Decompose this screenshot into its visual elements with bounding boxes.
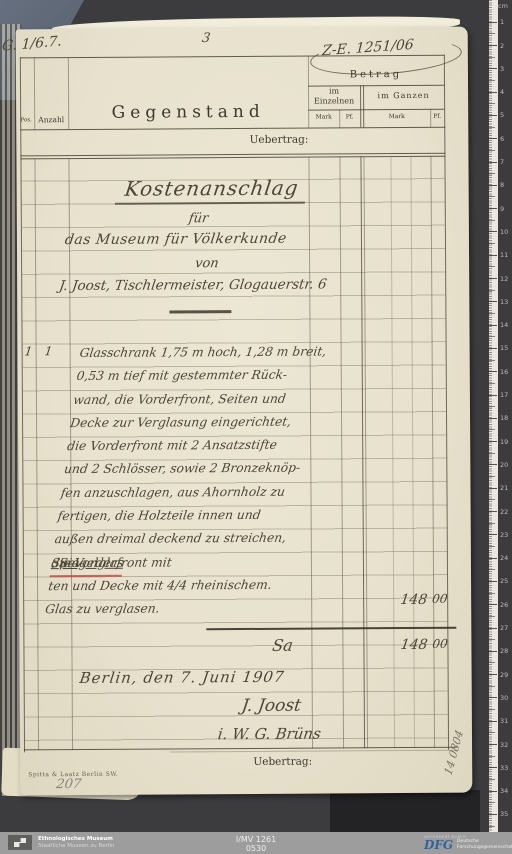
ruler-cm-tick [489, 208, 497, 209]
ruler-cm-tick [489, 325, 497, 326]
pencil-number: 207 [55, 777, 82, 792]
subheader-divider [308, 109, 444, 111]
signature-2: i. W. G. Brüns [217, 725, 322, 744]
ruler-cm-tick [489, 488, 497, 489]
sum-pf: 00 [431, 637, 449, 651]
item-description: Glasschrank 1,75 m hoch, 1,28 m breit,0,… [44, 340, 334, 621]
sum-label: Sa [271, 636, 294, 655]
sum-mark: 148 [366, 637, 428, 653]
ruler-number: 29 [500, 671, 508, 679]
ruler-number: 18 [500, 414, 508, 422]
ruler-number: 20 [500, 461, 508, 469]
column-header-im-ganzen: im Ganzen [363, 91, 444, 100]
column-header-anzahl: Anzahl [34, 115, 68, 124]
ruler-half-tick [489, 173, 495, 174]
ruler-number: 24 [500, 554, 508, 562]
ruler-number: 26 [500, 601, 508, 609]
ruler-number: 3 [500, 65, 504, 73]
body-line: fen anzuschlagen, aus Ahornholz zu [59, 480, 314, 505]
dfg-name-line2: Forschungsgemeinschaft [457, 845, 512, 850]
heading-fuer: für [188, 211, 209, 226]
ruler-cm-tick [489, 721, 497, 722]
ruler-cm-tick [489, 395, 497, 396]
heading-flourish-line [169, 310, 231, 313]
ruler-number: 7 [500, 158, 504, 166]
uebertrag-bottom-label: Uebertrag: [200, 756, 312, 769]
ruler-half-tick [489, 290, 495, 291]
ruler-cm-tick [489, 604, 497, 605]
column-header-mark-einzelnen: Mark [308, 113, 339, 120]
ruler-number: 28 [500, 647, 508, 655]
body-line: Glas zu verglasen. [44, 597, 299, 622]
column-header-pf-ganzen: Pf. [430, 113, 444, 120]
ruler-cm-tick [489, 744, 497, 745]
body-line: fertigen, die Holzteile innen und [56, 504, 311, 529]
ruler-cm-tick [489, 767, 497, 768]
ruler-number: 8 [500, 181, 504, 189]
ruler-half-tick [489, 662, 495, 663]
ruler-half-tick [489, 266, 495, 267]
ruler-cm-tick [489, 534, 497, 535]
header-bottom-border [20, 127, 445, 131]
ruler-cm-tick [489, 814, 497, 815]
ruler-number: 10 [500, 228, 508, 236]
ruler-number: 16 [500, 368, 508, 376]
ruler-half-tick [489, 103, 495, 104]
body-line: Glasschrank 1,75 m hoch, 1,28 m breit, [78, 340, 333, 365]
ruler-cm-tick [489, 68, 497, 69]
ruler-cm-tick [489, 674, 497, 675]
ruler-cm-tick [489, 92, 497, 93]
ruler-half-tick [489, 476, 495, 477]
ruler-cm-tick [489, 255, 497, 256]
ruler-number: 12 [500, 275, 508, 283]
ruler-number: 13 [500, 298, 508, 306]
ruler-number: 9 [500, 205, 504, 213]
ruler-number: 35 [500, 810, 508, 818]
ruler-number: 17 [500, 391, 508, 399]
date-line: Berlin, den 7. Juni 1907 [78, 668, 285, 687]
heading-von: von [194, 256, 220, 271]
column-header-pf-einzelnen: Pf. [339, 113, 360, 120]
cm-ruler [489, 0, 498, 832]
ruler-number: 32 [500, 741, 508, 749]
amount-mark: 148 [366, 592, 428, 608]
bottom-rule-2 [170, 750, 457, 753]
ruler-cm-tick [489, 558, 497, 559]
ruler-number: 33 [500, 764, 508, 772]
scanned-document-view: Pos. Anzahl Gegenstand Betrag im Einzeln… [0, 0, 512, 854]
ruler-number: 15 [500, 344, 508, 352]
ruler-number: 23 [500, 531, 508, 539]
heading-recipient: das Museum für Völkerkunde [64, 231, 288, 248]
ruler-half-tick [489, 779, 495, 780]
signature-1: J. Joost [240, 696, 302, 716]
ruler-half-tick [489, 616, 495, 617]
ruler-number: 25 [500, 577, 508, 585]
page-shadow [330, 790, 480, 832]
ruler-cm-tick [489, 581, 497, 582]
ruler-cm-tick [489, 115, 497, 116]
ruler-half-tick [489, 546, 495, 547]
document-page: Pos. Anzahl Gegenstand Betrag im Einzeln… [16, 27, 473, 796]
ruler-half-tick [489, 33, 495, 34]
ruler-cm-tick [489, 22, 497, 23]
ruler-cm-tick [489, 301, 497, 302]
ruler-number: 2 [500, 42, 504, 50]
ruler-cm-tick [489, 418, 497, 419]
ruler-cm-tick [489, 791, 497, 792]
ruler-number: 34 [500, 787, 508, 795]
ruler-cm-tick [489, 464, 497, 465]
ruler-half-tick [489, 383, 495, 384]
ruler-half-tick [489, 523, 495, 524]
ruler-half-tick [489, 313, 495, 314]
ruler-cm-tick [489, 628, 497, 629]
ruler-cm-tick [489, 138, 497, 139]
ruler-half-tick [489, 220, 495, 221]
ruler-half-tick [489, 127, 495, 128]
body-lines-a: Glasschrank 1,75 m hoch, 1,28 m breit,0,… [53, 340, 333, 551]
amount-pf: 00 [431, 592, 449, 606]
ruler-cm-tick [489, 697, 497, 698]
ruler-half-tick [489, 453, 495, 454]
body-line: ten und Decke mit 4/4 rheinischem. [47, 574, 302, 599]
ruler-half-tick [489, 826, 495, 827]
ruler-number: 21 [500, 484, 508, 492]
ruler-half-tick [489, 360, 495, 361]
ruler-half-tick [489, 593, 495, 594]
line-post: , Sei- [50, 552, 85, 576]
column-header-pos: Pos. [18, 117, 34, 123]
ruler-half-tick [489, 756, 495, 757]
ruler-half-tick [489, 429, 495, 430]
ruler-number: 6 [500, 135, 504, 143]
ruler-cm-tick [489, 231, 497, 232]
ruler-cm-tick [489, 348, 497, 349]
ruler-number: 30 [500, 694, 508, 702]
body-line: und 2 Schlösser, sowie 2 Bronzeknöp- [62, 457, 317, 482]
ruler-cm-tick [489, 162, 497, 163]
ruler-cm-tick [489, 45, 497, 46]
column-header-gegenstand: Gegenstand [68, 102, 308, 123]
ruler-number: 14 [500, 321, 508, 329]
ruler-number: 11 [500, 251, 508, 259]
ruler-half-tick [489, 499, 495, 500]
ruler-half-tick [489, 150, 495, 151]
ruler-number: 5 [500, 111, 504, 119]
ruler-cm-tick [489, 511, 497, 512]
ruler-half-tick [489, 57, 495, 58]
ruler-half-tick [489, 802, 495, 803]
ruler-cm-tick [489, 651, 497, 652]
column-header-mark-ganzen: Mark [363, 113, 430, 120]
ruler-number: 1 [500, 18, 504, 26]
heading-author: J. Joost, Tischlermeister, Glogauerstr. … [58, 276, 328, 294]
ruler-number: 31 [500, 717, 508, 725]
ruler-unit-label: cm [498, 2, 508, 10]
document-title: Kostenanschlag [115, 176, 309, 205]
ruler-number: 19 [500, 438, 508, 446]
ruler-half-tick [489, 336, 495, 337]
ruler-half-tick [489, 406, 495, 407]
ruler-half-tick [489, 639, 495, 640]
ruler-half-tick [489, 243, 495, 244]
ruler-half-tick [489, 709, 495, 710]
uebertrag-top-label: Uebertrag: [196, 134, 308, 147]
ruler-cm-tick [489, 441, 497, 442]
body-line: 0,53 m tief mit gestemmter Rück- [75, 364, 330, 389]
ruler-half-tick [489, 569, 495, 570]
ruler-cm-tick [489, 371, 497, 372]
dfg-logo: DFG [424, 838, 453, 852]
ruler-half-tick [489, 732, 495, 733]
ruler-half-tick [489, 80, 495, 81]
ruler-number: 22 [500, 508, 508, 516]
ruler-number: 27 [500, 624, 508, 632]
body-line-spiegelglas: die Vorderfront mit Spiegelglas, Sei- [50, 550, 305, 575]
ruler-cm-tick [489, 185, 497, 186]
body-line: Decke zur Verglasung eingerichtet, [69, 410, 324, 435]
column-header-im-einzelnen-2: Einzelnen [308, 96, 360, 105]
ruler-half-tick [489, 686, 495, 687]
ruler-cm-tick [489, 278, 497, 279]
body-line: außen dreimal deckend zu streichen, [53, 527, 308, 552]
ruler-number: 4 [500, 88, 504, 96]
dfg-name-line1: Deutsche [457, 839, 479, 844]
body-line: die Vorderfront mit 2 Ansatzstifte [66, 434, 321, 459]
column-header-im-einzelnen-1: im [308, 86, 360, 95]
body-line: wand, die Vorderfront, Seiten und [72, 387, 327, 412]
header-vline [360, 85, 361, 127]
ruler-half-tick [489, 196, 495, 197]
body-lines-b: ten und Decke mit 4/4 rheinischem.Glas z… [44, 574, 302, 622]
digitization-footer-bar: Ethnologisches Museum Staatliche Museen … [0, 832, 512, 854]
